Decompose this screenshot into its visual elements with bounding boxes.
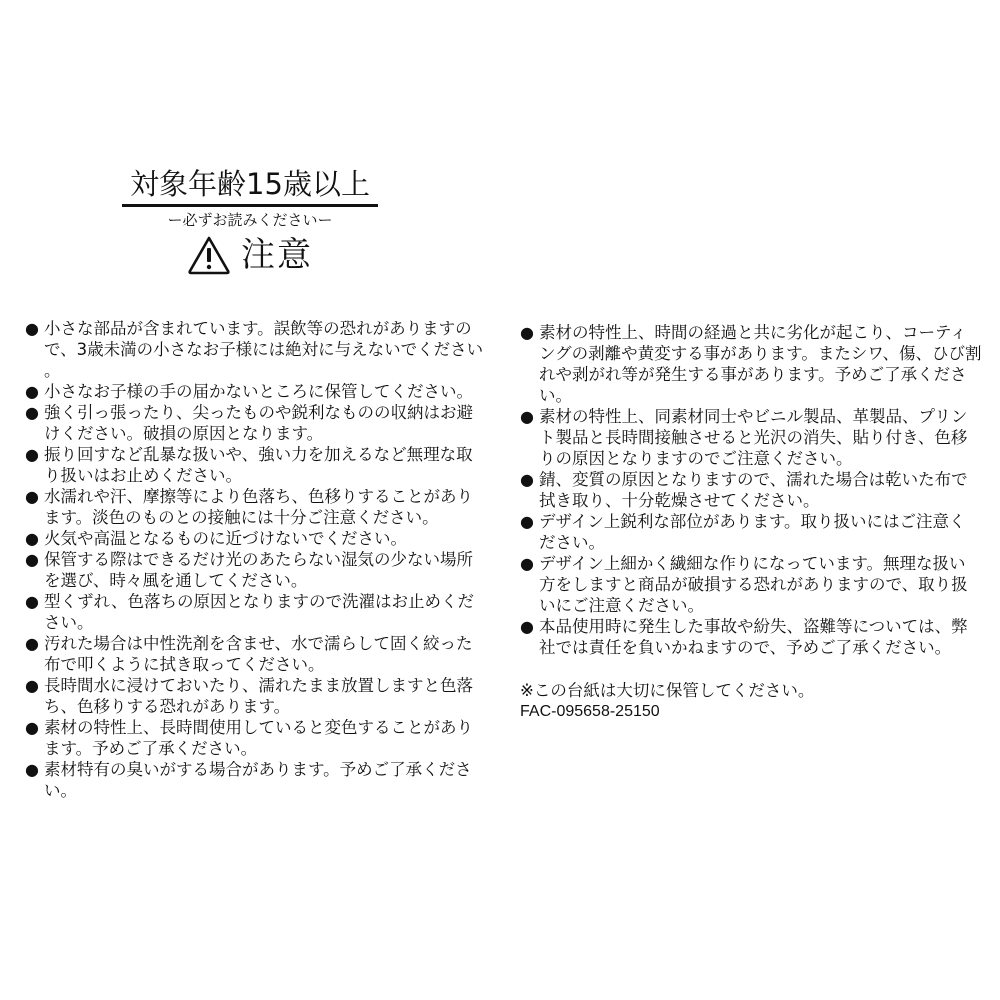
warning-text: 小さな部品が含まれています。誤飲等の恐れがありますので、3歳未満の小さなお子様に… bbox=[44, 318, 487, 381]
bullet-icon: ● bbox=[25, 591, 43, 612]
warning-triangle-icon bbox=[187, 235, 231, 275]
bullet-icon: ● bbox=[520, 469, 538, 490]
list-item: ●火気や高温となるものに近づけないでください。 bbox=[25, 528, 487, 549]
list-item: ●素材の特性上、時間の経過と共に劣化が起こり、コーティングの剥離や黄変する事があ… bbox=[520, 322, 982, 406]
warning-text: 素材の特性上、時間の経過と共に劣化が起こり、コーティングの剥離や黄変する事があり… bbox=[539, 322, 982, 406]
bullet-icon: ● bbox=[25, 318, 43, 339]
caution-heading: 注意 bbox=[120, 233, 380, 277]
warning-text: 錆、変質の原因となりますので、濡れた場合は乾いた布で拭き取り、十分乾燥させてくだ… bbox=[539, 469, 982, 511]
bullet-icon: ● bbox=[25, 675, 43, 696]
list-item: ●小さな部品が含まれています。誤飲等の恐れがありますので、3歳未満の小さなお子様… bbox=[25, 318, 487, 381]
bullet-icon: ● bbox=[25, 381, 43, 402]
bullet-icon: ● bbox=[520, 553, 538, 574]
bullet-icon: ● bbox=[25, 444, 43, 465]
warning-text: 型くずれ、色落ちの原因となりますので洗濯はお止めください。 bbox=[44, 591, 487, 633]
warning-text: 振り回すなど乱暴な扱いや、強い力を加えるなど無理な取り扱いはお止めください。 bbox=[44, 444, 487, 486]
warning-text: デザイン上細かく繊細な作りになっています。無理な扱い方をしますと商品が破損する恐… bbox=[539, 553, 982, 616]
product-code: FAC-095658-25150 bbox=[520, 701, 982, 722]
bullet-icon: ● bbox=[25, 528, 43, 549]
warning-text: デザイン上鋭利な部位があります。取り扱いにはご注意ください。 bbox=[539, 511, 982, 553]
warning-text: 汚れた場合は中性洗剤を含ませ、水で濡らして固く絞った布で叩くように拭き取ってくだ… bbox=[44, 633, 487, 675]
list-item: ●強く引っ張ったり、尖ったものや鋭利なものの収納はお避けください。破損の原因とな… bbox=[25, 402, 487, 444]
read-notice: ー必ずお読みくださいー bbox=[120, 209, 380, 231]
list-item: ●振り回すなど乱暴な扱いや、強い力を加えるなど無理な取り扱いはお止めください。 bbox=[25, 444, 487, 486]
list-item: ●デザイン上細かく繊細な作りになっています。無理な扱い方をしますと商品が破損する… bbox=[520, 553, 982, 616]
bullet-icon: ● bbox=[25, 402, 43, 423]
bullet-icon: ● bbox=[25, 717, 43, 738]
list-item: ●デザイン上鋭利な部位があります。取り扱いにはご注意ください。 bbox=[520, 511, 982, 553]
bullet-icon: ● bbox=[520, 616, 538, 637]
list-item: ●汚れた場合は中性洗剤を含ませ、水で濡らして固く絞った布で叩くように拭き取ってく… bbox=[25, 633, 487, 675]
bullet-icon: ● bbox=[25, 486, 43, 507]
warning-text: 本品使用時に発生した事故や紛失、盗難等については、弊社では責任を負いかねますので… bbox=[539, 616, 982, 658]
caution-label: 注意 bbox=[241, 233, 313, 277]
list-item: ●錆、変質の原因となりますので、濡れた場合は乾いた布で拭き取り、十分乾燥させてく… bbox=[520, 469, 982, 511]
bullet-icon: ● bbox=[520, 322, 538, 343]
list-item: ●素材の特性上、長時間使用していると変色することがあります。予めご了承ください。 bbox=[25, 717, 487, 759]
list-item: ●小さなお子様の手の届かないところに保管してください。 bbox=[25, 381, 487, 402]
list-item: ●水濡れや汗、摩擦等により色落ち、色移りすることがあります。淡色のものとの接触に… bbox=[25, 486, 487, 528]
title-underline bbox=[122, 204, 378, 207]
warning-text: 素材の特性上、同素材同士やビニル製品、革製品、プリント製品と長時間接触させると光… bbox=[539, 406, 982, 469]
list-item: ●保管する際はできるだけ光のあたらない湿気の少ない場所を選び、時々風を通してくだ… bbox=[25, 549, 487, 591]
bullet-icon: ● bbox=[25, 549, 43, 570]
bullet-icon: ● bbox=[520, 511, 538, 532]
warning-text: 保管する際はできるだけ光のあたらない湿気の少ない場所を選び、時々風を通してくださ… bbox=[44, 549, 487, 591]
warning-text: 素材特有の臭いがする場合があります。予めご了承ください。 bbox=[44, 759, 487, 801]
list-item: ●長時間水に浸けておいたり、濡れたまま放置しますと色落ち、色移りする恐れがありま… bbox=[25, 675, 487, 717]
warnings-left-column: ●小さな部品が含まれています。誤飲等の恐れがありますので、3歳未満の小さなお子様… bbox=[25, 318, 487, 801]
age-rating-title: 対象年齢15歳以上 bbox=[120, 166, 380, 204]
warning-text: 水濡れや汗、摩擦等により色落ち、色移りすることがあります。淡色のものとの接触には… bbox=[44, 486, 487, 528]
warning-text: 素材の特性上、長時間使用していると変色することがあります。予めご了承ください。 bbox=[44, 717, 487, 759]
header: 対象年齢15歳以上 ー必ずお読みくださいー 注意 bbox=[120, 166, 380, 277]
footer-notes: ※この台紙は大切に保管してください。 FAC-095658-25150 bbox=[520, 680, 982, 722]
warning-text: 長時間水に浸けておいたり、濡れたまま放置しますと色落ち、色移りする恐れがあります… bbox=[44, 675, 487, 717]
storage-note: ※この台紙は大切に保管してください。 bbox=[520, 680, 982, 701]
list-item: ●素材特有の臭いがする場合があります。予めご了承ください。 bbox=[25, 759, 487, 801]
list-item: ●型くずれ、色落ちの原因となりますので洗濯はお止めください。 bbox=[25, 591, 487, 633]
bullet-icon: ● bbox=[520, 406, 538, 427]
warning-text: 小さなお子様の手の届かないところに保管してください。 bbox=[44, 381, 487, 402]
list-item: ●本品使用時に発生した事故や紛失、盗難等については、弊社では責任を負いかねますの… bbox=[520, 616, 982, 658]
list-item: ●素材の特性上、同素材同士やビニル製品、革製品、プリント製品と長時間接触させると… bbox=[520, 406, 982, 469]
warnings-right-column: ●素材の特性上、時間の経過と共に劣化が起こり、コーティングの剥離や黄変する事があ… bbox=[520, 322, 982, 722]
bullet-icon: ● bbox=[25, 759, 43, 780]
warning-text: 火気や高温となるものに近づけないでください。 bbox=[44, 528, 487, 549]
bullet-icon: ● bbox=[25, 633, 43, 654]
warning-text: 強く引っ張ったり、尖ったものや鋭利なものの収納はお避けください。破損の原因となり… bbox=[44, 402, 487, 444]
